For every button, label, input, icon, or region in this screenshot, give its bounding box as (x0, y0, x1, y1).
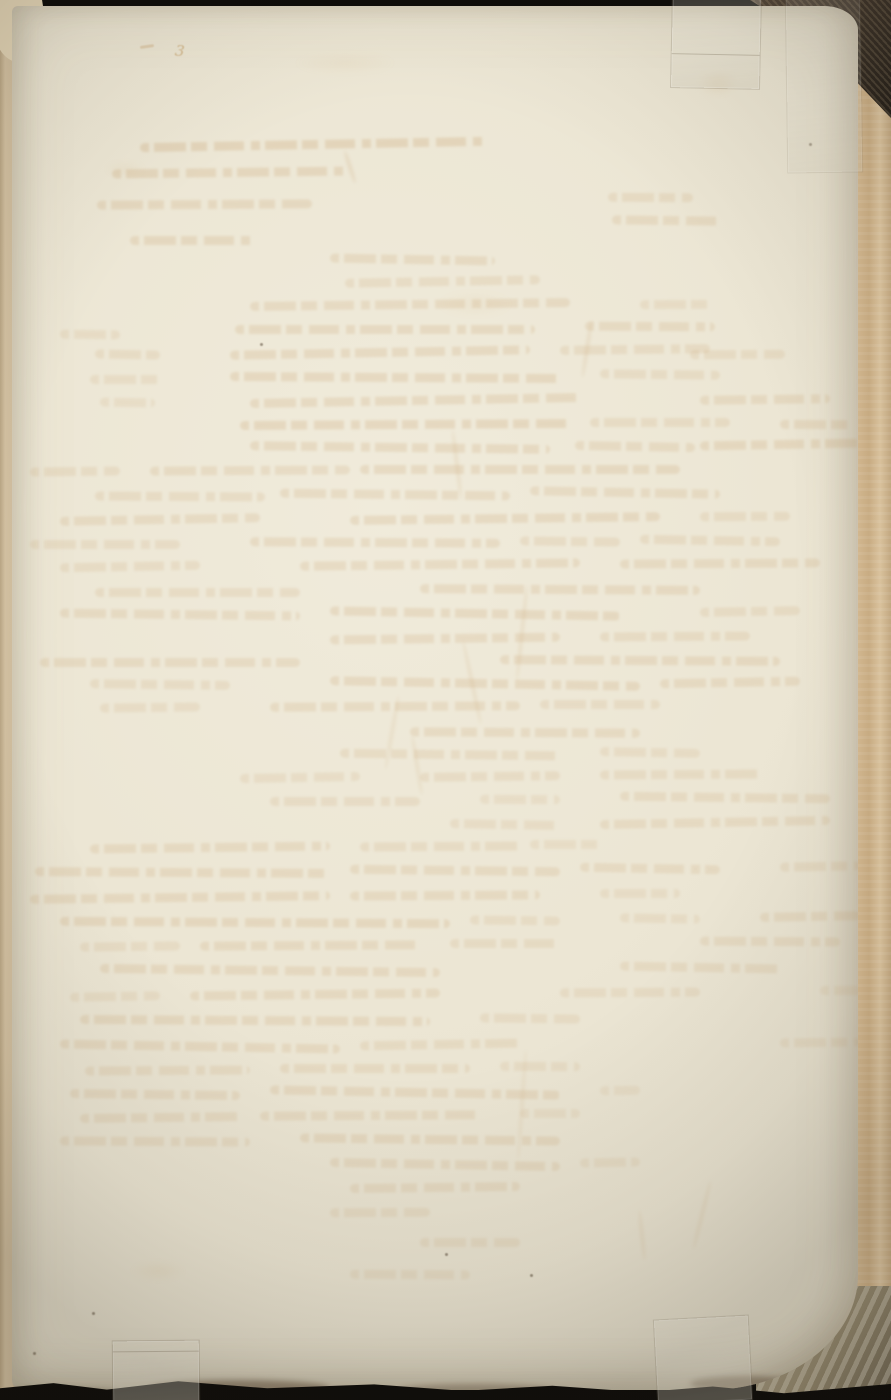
manuscript-photo: 3 (0, 0, 891, 1400)
tape-fold-line (113, 1351, 199, 1353)
tape-piece-top-right-corner (786, 0, 862, 173)
tape-fold-line (672, 53, 760, 56)
tape-piece-bottom-right (654, 1316, 752, 1400)
tape-piece-top-center (671, 0, 761, 89)
tape-piece-bottom-left (113, 1341, 200, 1400)
tape-layer (0, 0, 891, 1400)
